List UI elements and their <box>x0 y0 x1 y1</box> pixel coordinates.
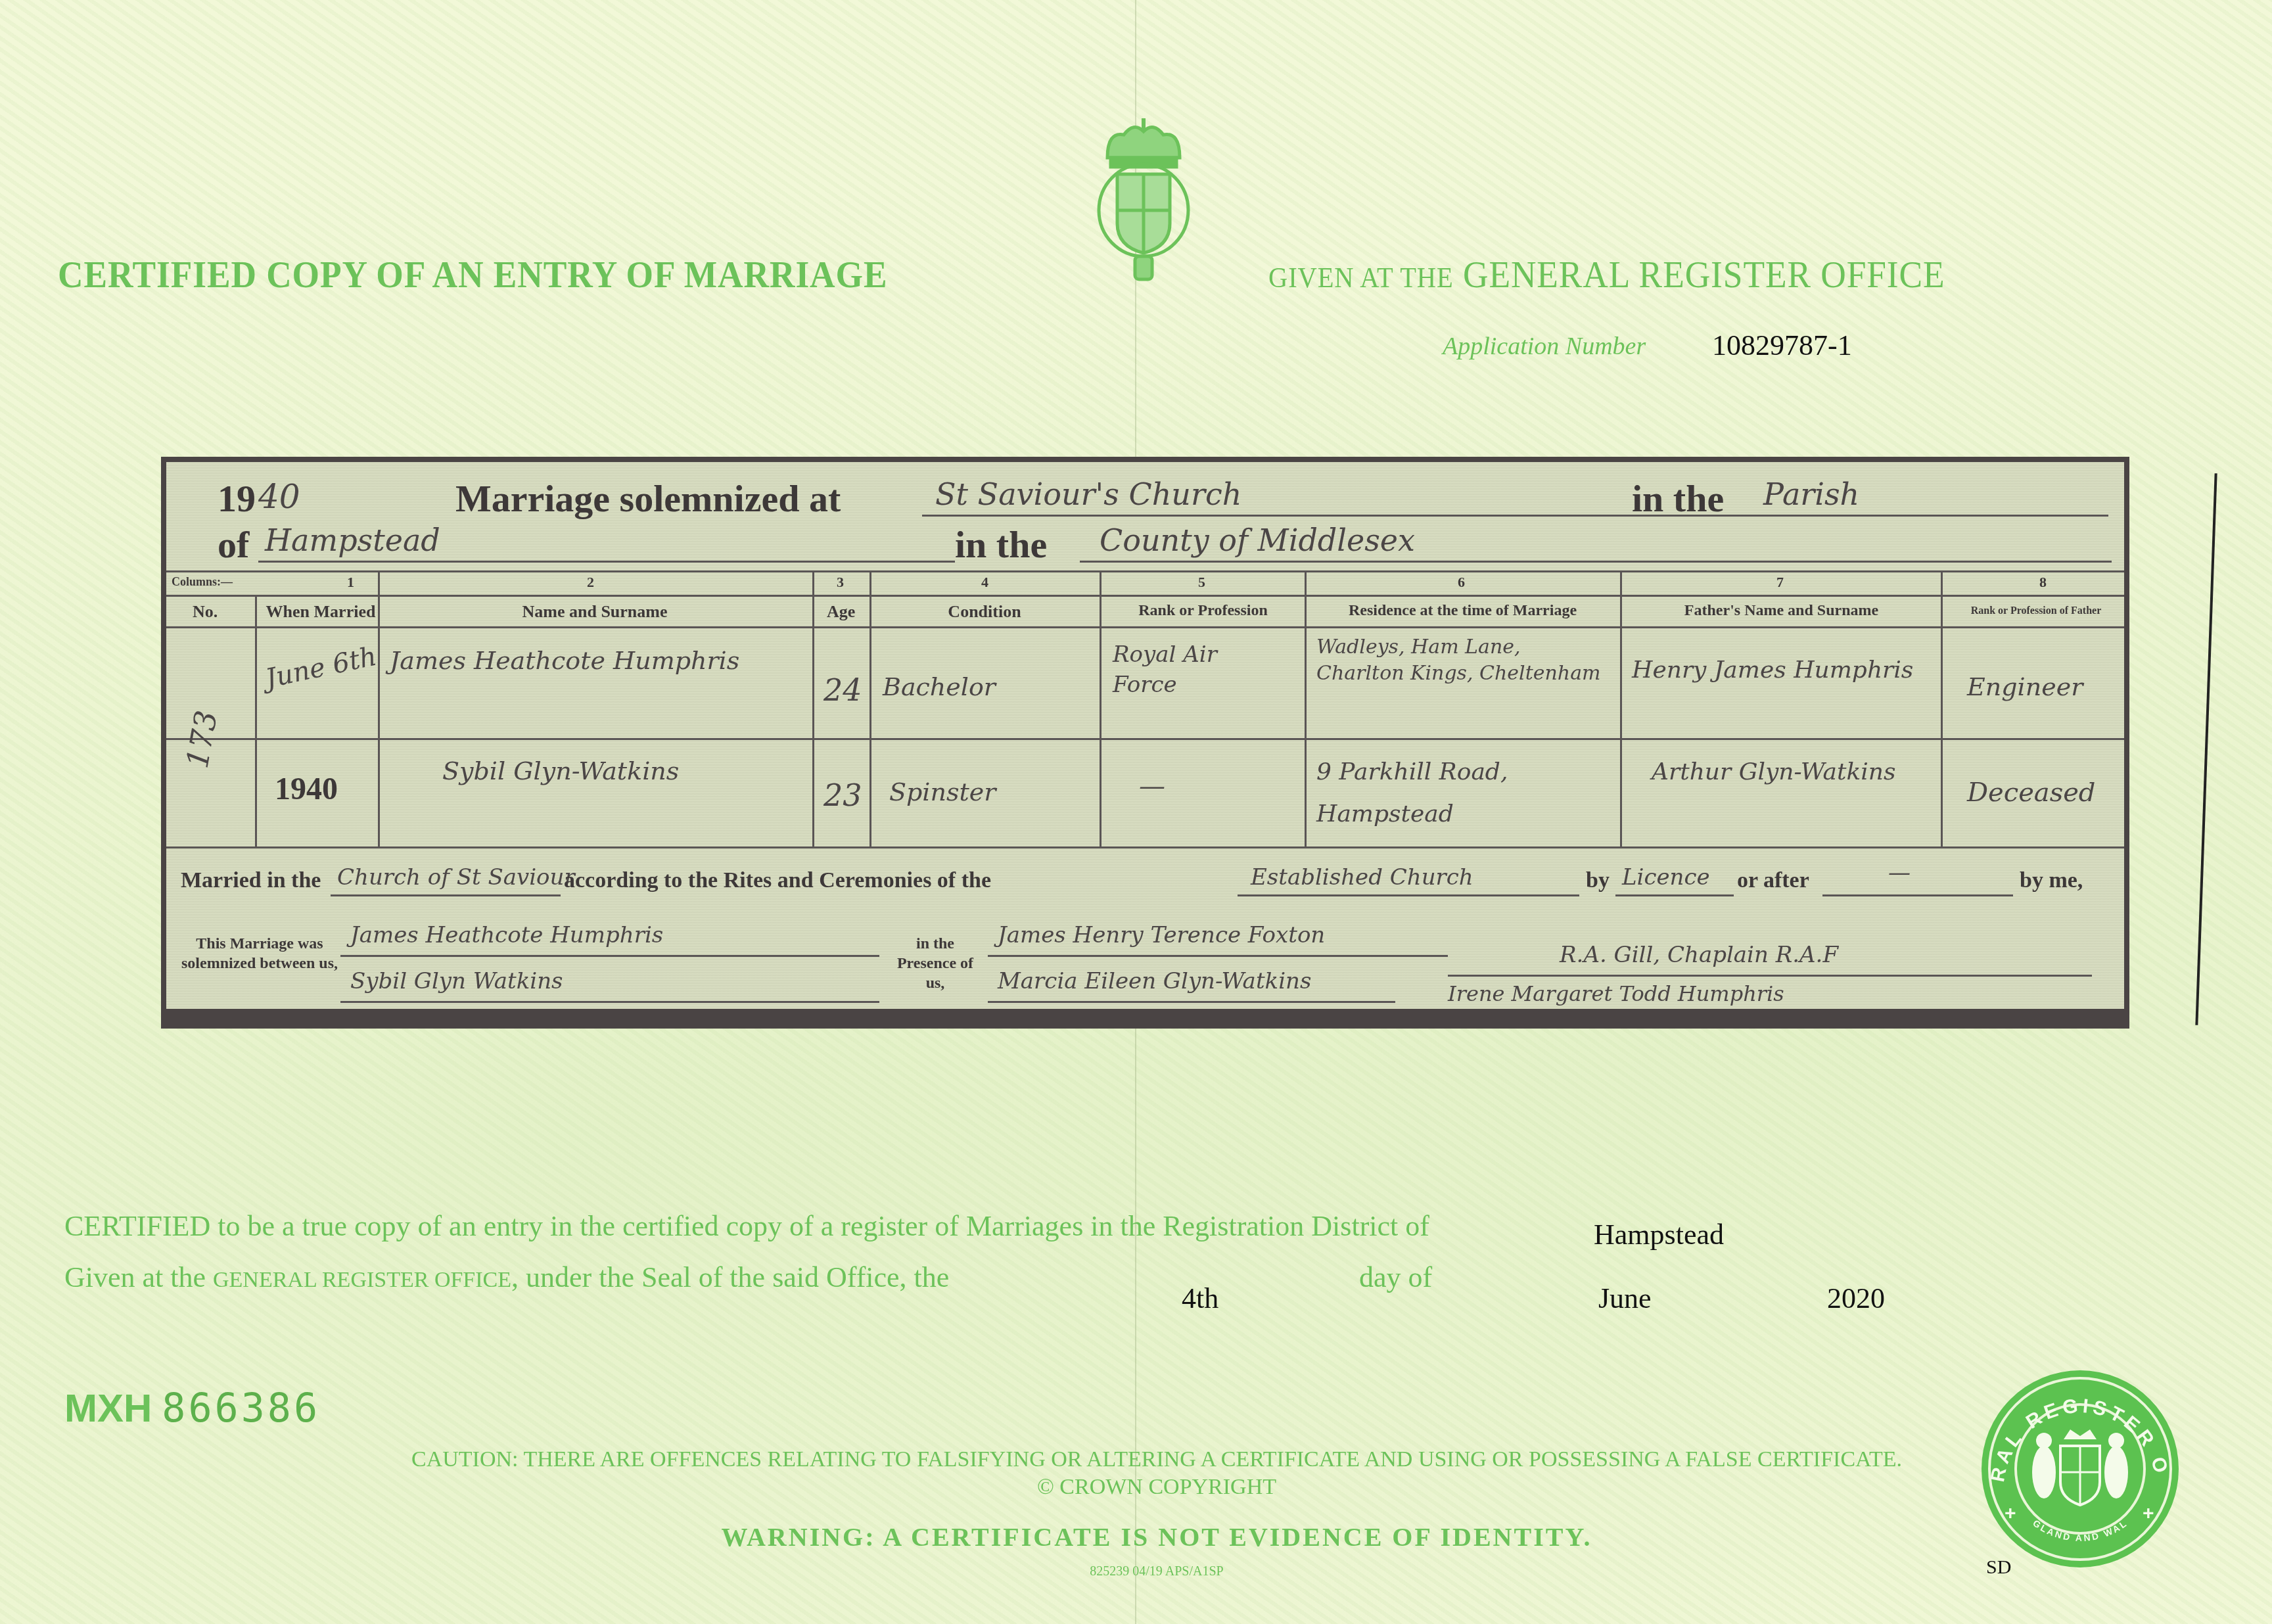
header-rank: Rank or Profession <box>1103 602 1303 620</box>
given-at-prefix: Given at the <box>1268 262 1454 294</box>
print-code: 825239 04/19 APS/A1SP <box>407 1564 1906 1579</box>
by-licence-value: Licence <box>1622 864 1710 891</box>
presence-signature-2: Marcia Eileen Glyn-Watkins <box>998 968 1311 994</box>
header-name: Name and Surname <box>378 602 812 622</box>
certification-month: June <box>1598 1282 1652 1315</box>
given-at-title: Given at the GENERAL REGISTER OFFICE <box>1268 252 1945 296</box>
header-father-name: Father's Name and Surname <box>1622 602 1941 620</box>
solemnized-label: Marriage solemnized at <box>455 476 841 521</box>
rites-value: Established Church <box>1251 864 1473 891</box>
when-married: June 6th <box>263 641 379 695</box>
column-number: 7 <box>1776 574 1784 591</box>
row1-age: 24 <box>823 672 862 708</box>
general-register-office-seal-icon: GENERAL REGISTER OFFICE ENGLAND AND WALE… <box>1978 1367 2182 1571</box>
row2-father-rank: Deceased <box>1967 777 2095 808</box>
of-label: of <box>218 522 249 567</box>
column-number: 8 <box>2039 574 2047 591</box>
column-number: 1 <box>347 574 354 591</box>
row1-condition: Bachelor <box>883 672 996 701</box>
in-the-label-2: in the <box>955 522 1047 567</box>
serial-number: 866386 <box>162 1385 320 1431</box>
county-value: County of Middlesex <box>1100 522 1415 558</box>
registration-district: Hampstead <box>1594 1218 1724 1251</box>
or-after-label: or after <box>1737 868 1809 893</box>
row2-father-name: Arthur Glyn-Watkins <box>1652 751 1928 793</box>
of-value: Hampstead <box>265 522 440 558</box>
column-number: 2 <box>587 574 594 591</box>
header-residence: Residence at the time of Marriage <box>1307 602 1619 620</box>
rites-label: according to the Rites and Ceremonies of… <box>564 868 991 893</box>
row2-age: 23 <box>823 777 862 813</box>
row1-name: James Heathcote Humphris <box>390 646 797 675</box>
row2-rank: — <box>1139 771 1165 801</box>
day-of-label: day of <box>1359 1261 1432 1294</box>
application-number-value: 10829787-1 <box>1712 329 1852 362</box>
column-number: 4 <box>981 574 988 591</box>
gro-small-caps: General Register Office <box>213 1268 511 1292</box>
register-entry-photocopy: 19 40 Marriage solemnized at St Saviour'… <box>161 457 2129 1029</box>
married-in-value: Church of St Saviour <box>337 864 575 891</box>
in-the-label: in the <box>1632 476 1724 521</box>
presence-signature-1: James Henry Terence Foxton <box>998 922 1325 948</box>
married-in-label: Married in the <box>181 868 321 893</box>
royal-crest-icon <box>1088 118 1199 289</box>
row1-residence: Wadleys, Ham Lane, Charlton Kings, Chelt… <box>1316 634 1606 687</box>
given-at-suffix-text: , under the Seal of the said Office, the <box>511 1261 949 1293</box>
row1-father-rank: Engineer <box>1967 672 2083 701</box>
certified-statement: CERTIFIED to be a true copy of an entry … <box>64 1209 1429 1243</box>
given-at-statement: Given at the General Register Office, un… <box>64 1261 949 1294</box>
column-number: 5 <box>1198 574 1205 591</box>
column-number: 3 <box>837 574 844 591</box>
column-number: 6 <box>1458 574 1465 591</box>
header-when-married: When Married <box>265 602 377 622</box>
header-condition: Condition <box>869 602 1100 622</box>
between-signature-1: James Heathcote Humphris <box>350 922 663 948</box>
row1-rank: Royal Air Force <box>1113 639 1284 700</box>
entry-year-hand: 40 <box>258 478 300 516</box>
row2-residence: 9 Parkhill Road, Hampstead <box>1316 751 1606 835</box>
general-register-office: GENERAL REGISTER OFFICE <box>1463 253 1945 296</box>
certification-day: 4th <box>1182 1282 1218 1315</box>
parish-value: Parish <box>1763 476 1859 512</box>
row2-name: Sybil Glyn-Watkins <box>442 751 797 791</box>
or-after-value: — <box>1888 860 1911 886</box>
certification-year: 2020 <box>1827 1282 1885 1315</box>
between-signature-2: Sybil Glyn Watkins <box>350 968 563 994</box>
issuer-initials: SD <box>1986 1556 2011 1579</box>
certificate-serial: MXH 866386 <box>64 1385 320 1431</box>
by-me-label: by me, <box>2020 868 2083 893</box>
entry-number: 173 <box>179 708 224 771</box>
by-label: by <box>1586 868 1610 893</box>
row2-condition: Spinster <box>889 777 996 806</box>
margin-line <box>2195 473 2217 1025</box>
header-father-rank: Rank or Profession of Father <box>1944 605 2128 617</box>
svg-text:+: + <box>2005 1502 2016 1524</box>
columns-label: Columns:— <box>172 575 233 589</box>
between-us-label: This Marriage was solemnized between us, <box>181 934 338 973</box>
header-no: No. <box>193 602 218 622</box>
given-at-prefix-text: Given at the <box>64 1261 206 1293</box>
solemnized-place: St Saviour's Church <box>935 476 1241 512</box>
officiant-signature: R.A. Gill, Chaplain R.A.F <box>1560 942 1838 968</box>
when-married-year: 1940 <box>275 771 338 807</box>
application-number-label: Application Number <box>1443 332 1646 361</box>
header-age: Age <box>827 602 855 622</box>
svg-text:+: + <box>2143 1502 2154 1524</box>
presence-label: in the Presence of us, <box>896 934 975 993</box>
entry-year-prefix: 19 <box>218 476 256 521</box>
serial-prefix: MXH <box>64 1386 152 1430</box>
row1-father-name: Henry James Humphris <box>1632 653 1921 688</box>
caution-notice: CAUTION: THERE ARE OFFENCES RELATING TO … <box>407 1446 1906 1501</box>
certificate-title: CERTIFIED COPY OF AN ENTRY OF MARRIAGE <box>58 252 887 296</box>
witness-signature-3: Irene Margaret Todd Humphris <box>1448 981 1784 1006</box>
identity-warning: WARNING: A CERTIFICATE IS NOT EVIDENCE O… <box>407 1521 1906 1552</box>
